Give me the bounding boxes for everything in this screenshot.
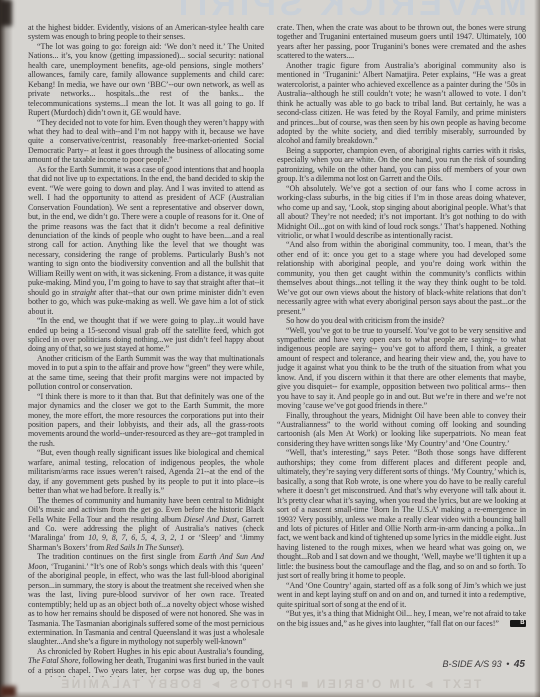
page-footer: B-SIDE A/S 93 • 45	[442, 659, 525, 670]
paragraph: “Well, that’s interesting,” says Peter. …	[277, 448, 526, 580]
footer-separator: •	[506, 659, 509, 669]
paragraph: As chronicled by Robert Hughes in his ep…	[28, 647, 264, 677]
end-of-article-mark: B	[510, 620, 526, 627]
paragraph: “But, even though really significant iss…	[28, 448, 264, 495]
paragraph: Being a supporter, champion even, of abo…	[277, 146, 526, 184]
column-right: crate. Then, when the crate was about to…	[277, 23, 526, 677]
paragraph: at the highest bidder. Evidently, vision…	[28, 23, 264, 42]
scan-edge-right	[534, 0, 540, 697]
paragraph: “I think there is more to it than that. …	[28, 392, 264, 449]
ghost-showthrough-title: MAVERICK SPIRIT	[150, 0, 540, 24]
paragraph: Finally, throughout the years, Midnight …	[277, 411, 526, 449]
scan-edge-left	[0, 0, 13, 697]
paragraph: The tradition continues on the first sin…	[28, 552, 264, 647]
paragraph: “Well, you’ve got to be true to yourself…	[277, 326, 526, 411]
article-body: at the highest bidder. Evidently, vision…	[28, 23, 526, 677]
paragraph: “In the end, we thought that if we were …	[28, 316, 264, 354]
scan-corner-bottom-left	[0, 686, 16, 697]
scan-edge-bottom	[0, 691, 540, 697]
paragraph: “They decided not to vote for him. Even …	[28, 118, 264, 165]
page-number: 45	[514, 659, 525, 670]
paragraph: Another criticism of the Earth Summit wa…	[28, 354, 264, 392]
paragraph: “The lot was going to go: foreign aid: ‘…	[28, 42, 264, 118]
magazine-title: B-SIDE A/S 93	[442, 659, 501, 669]
paragraph: “And also from within the aboriginal com…	[277, 240, 526, 316]
paragraph: So how do you deal with criticism from t…	[277, 316, 526, 325]
magazine-page: MAVERICK SPIRIT at the highest bidder. E…	[0, 0, 540, 697]
ghost-showthrough-credits: TEXT ► JIM O'BRIEN ■ PHOTOS ► BOBBY TALA…	[10, 677, 530, 691]
column-left: at the highest bidder. Evidently, vision…	[28, 23, 264, 677]
paragraph: The themes of community and humanity hav…	[28, 496, 264, 553]
paragraph: Another tragic figure from Australia’s a…	[277, 61, 526, 146]
paragraph: “And ‘One Country’ again, started off as…	[277, 581, 526, 609]
scan-corner-top-left	[0, 0, 12, 26]
paragraph: crate. Then, when the crate was about to…	[277, 23, 526, 61]
paragraph: As for the Earth Summit, it was a case o…	[28, 165, 264, 316]
paragraph: “Oh absolutely. We’ve got a section of o…	[277, 184, 526, 241]
paragraph: “But yes, it’s a thing that Midnight Oil…	[277, 609, 526, 628]
